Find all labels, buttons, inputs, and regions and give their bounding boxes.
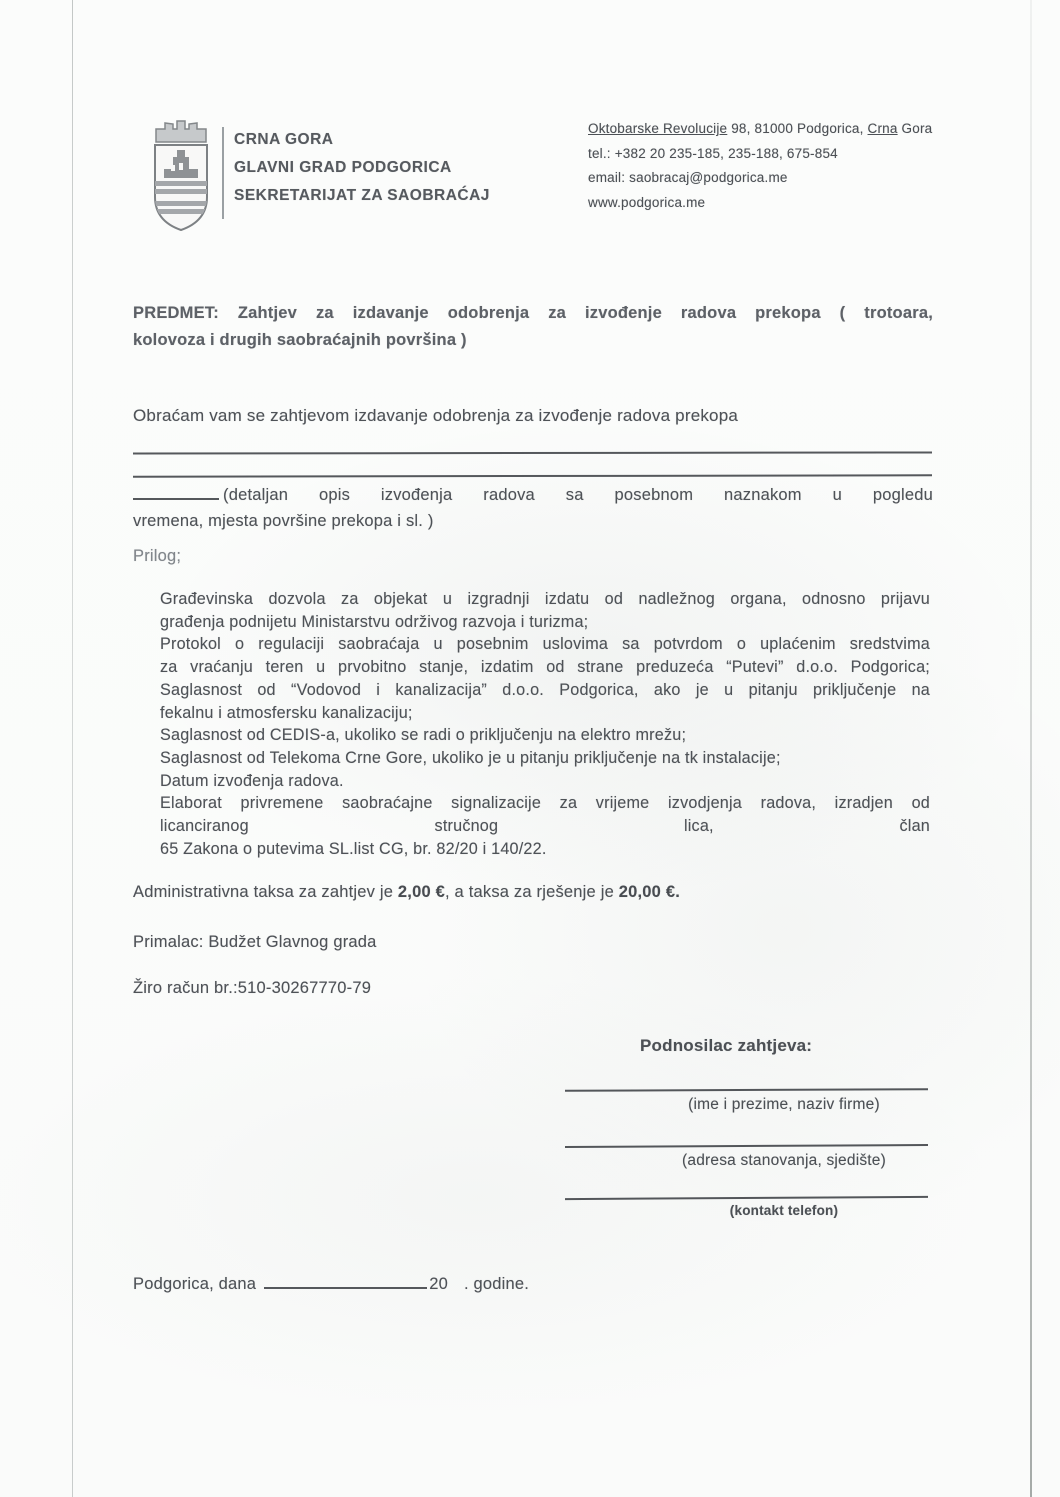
- elaborat-tail-line: 65 Zakona o putevima SL.list CG, br. 82/…: [160, 838, 930, 861]
- attachment-line: Datum izvođenja radova.: [160, 770, 930, 793]
- date-suffix: . godine.: [464, 1275, 529, 1293]
- detail-line-2: vremena, mjesta površine prekopa i sl. ): [133, 508, 933, 534]
- address-country-1: Crna: [868, 121, 898, 136]
- elaborat-word: lica,: [684, 815, 714, 838]
- signature-line-name: [565, 1088, 928, 1092]
- attachment-line: Saglasnost od “Vodovod i kanalizacija” d…: [160, 679, 930, 702]
- elaborat-word: stručnog: [435, 815, 499, 838]
- detail-line-1-text: (detaljan opis izvođenja radova sa poseb…: [223, 486, 933, 504]
- header-phone: tel.: +382 20 235-185, 235-188, 675-854: [588, 142, 932, 167]
- signature-label-address: (adresa stanovanja, sjedište): [565, 1152, 928, 1170]
- org-secretariat: SEKRETARIJAT ZA SAOBRAĆAJ: [234, 182, 490, 210]
- header-contact-block: Oktobarske Revolucije 98, 81000 Podgoric…: [588, 117, 932, 215]
- attachment-line: Građevinska dozvola za objekat u izgradn…: [160, 588, 930, 611]
- address-street: Oktobarske Revolucije: [588, 121, 727, 136]
- attachments-label: Prilog;: [133, 547, 181, 566]
- scanned-document-page: CRNA GORA GLAVNI GRAD PODGORICA SEKRETAR…: [0, 0, 1060, 1497]
- bank-account-line: Žiro račun br.:510-30267770-79: [133, 979, 371, 998]
- elaborat-word: član: [899, 815, 930, 838]
- header-divider: [222, 127, 224, 219]
- attachment-line: Protokol o regulaciji saobraćaja u poseb…: [160, 633, 930, 656]
- attachment-line: fekalnu i atmosfersku kanalizaciju;: [160, 702, 930, 725]
- subject-line-1: PREDMET: Zahtjev za izdavanje odobrenja …: [133, 300, 933, 327]
- attachment-line: za vraćanju teren u prvobitno stanje, iz…: [160, 656, 930, 679]
- attachment-line: Saglasnost od CEDIS-a, ukoliko se radi o…: [160, 724, 930, 747]
- subject-line-2: kolovoza i drugih saobraćajnih površina …: [133, 327, 933, 354]
- header-org-block: CRNA GORA GLAVNI GRAD PODGORICA SEKRETAR…: [234, 126, 490, 210]
- tax-amount-decision: 20,00 €.: [619, 883, 680, 901]
- attachment-line: Elaborat privremene saobraćajne signaliz…: [160, 792, 930, 815]
- scan-artifact-right-line: [1030, 0, 1032, 1497]
- elaborat-word: licanciranog: [160, 815, 249, 838]
- header-email: email: saobracaj@podgorica.me: [588, 166, 932, 191]
- subject-block: PREDMET: Zahtjev za izdavanje odobrenja …: [133, 300, 933, 354]
- podgorica-coat-of-arms-icon: [144, 117, 218, 237]
- scan-artifact-left-line: [72, 0, 73, 1497]
- elaborat-justified-row: licanciranog stručnog lica, član: [160, 815, 930, 838]
- header-website: www.podgorica.me: [588, 191, 932, 216]
- signature-label-phone: (kontakt telefon): [565, 1203, 928, 1218]
- detail-note: (detaljan opis izvođenja radova sa poseb…: [133, 482, 933, 534]
- date-prefix: Podgorica, dana: [133, 1275, 256, 1293]
- tax-amount-request: 2,00 €: [398, 883, 445, 901]
- date-fill-in-blank: [264, 1275, 427, 1289]
- attachment-line: Saglasnost od Telekoma Crne Gore, ukolik…: [160, 747, 930, 770]
- signature-label-name: (ime i prezime, naziv firme): [565, 1096, 928, 1114]
- attachments-list: Građevinska dozvola za objekat u izgradn…: [160, 588, 930, 860]
- address-city: 98, 81000 Podgorica,: [727, 121, 867, 136]
- fill-in-line-1: [133, 451, 932, 454]
- signature-line-address: [565, 1144, 928, 1148]
- org-country: CRNA GORA: [234, 126, 490, 154]
- org-city: GLAVNI GRAD PODGORICA: [234, 154, 490, 182]
- attachment-line: građenja podnijetu Ministarstvu održivog…: [160, 611, 930, 634]
- header-address: Oktobarske Revolucije 98, 81000 Podgoric…: [588, 117, 932, 142]
- tax-text-mid: , a taksa za rješenje je: [445, 883, 619, 901]
- detail-line-1: (detaljan opis izvođenja radova sa poseb…: [133, 482, 933, 508]
- recipient-line: Primalac: Budžet Glavnog grada: [133, 933, 377, 952]
- tax-paragraph: Administrativna taksa za zahtjev je 2,00…: [133, 883, 680, 902]
- date-line: Podgorica, dana20. godine.: [133, 1275, 529, 1294]
- fill-in-line-2: [133, 474, 932, 477]
- fill-in-line-short: [133, 486, 219, 500]
- tax-text-before: Administrativna taksa za zahtjev je: [133, 883, 398, 901]
- signature-line-phone: [565, 1196, 928, 1200]
- intro-paragraph: Obraćam vam se zahtjevom izdavanje odobr…: [133, 406, 933, 426]
- applicant-title: Podnosilac zahtjeva:: [640, 1036, 812, 1056]
- date-year-prefix: 20: [429, 1275, 448, 1293]
- address-country-2: Gora: [898, 121, 933, 136]
